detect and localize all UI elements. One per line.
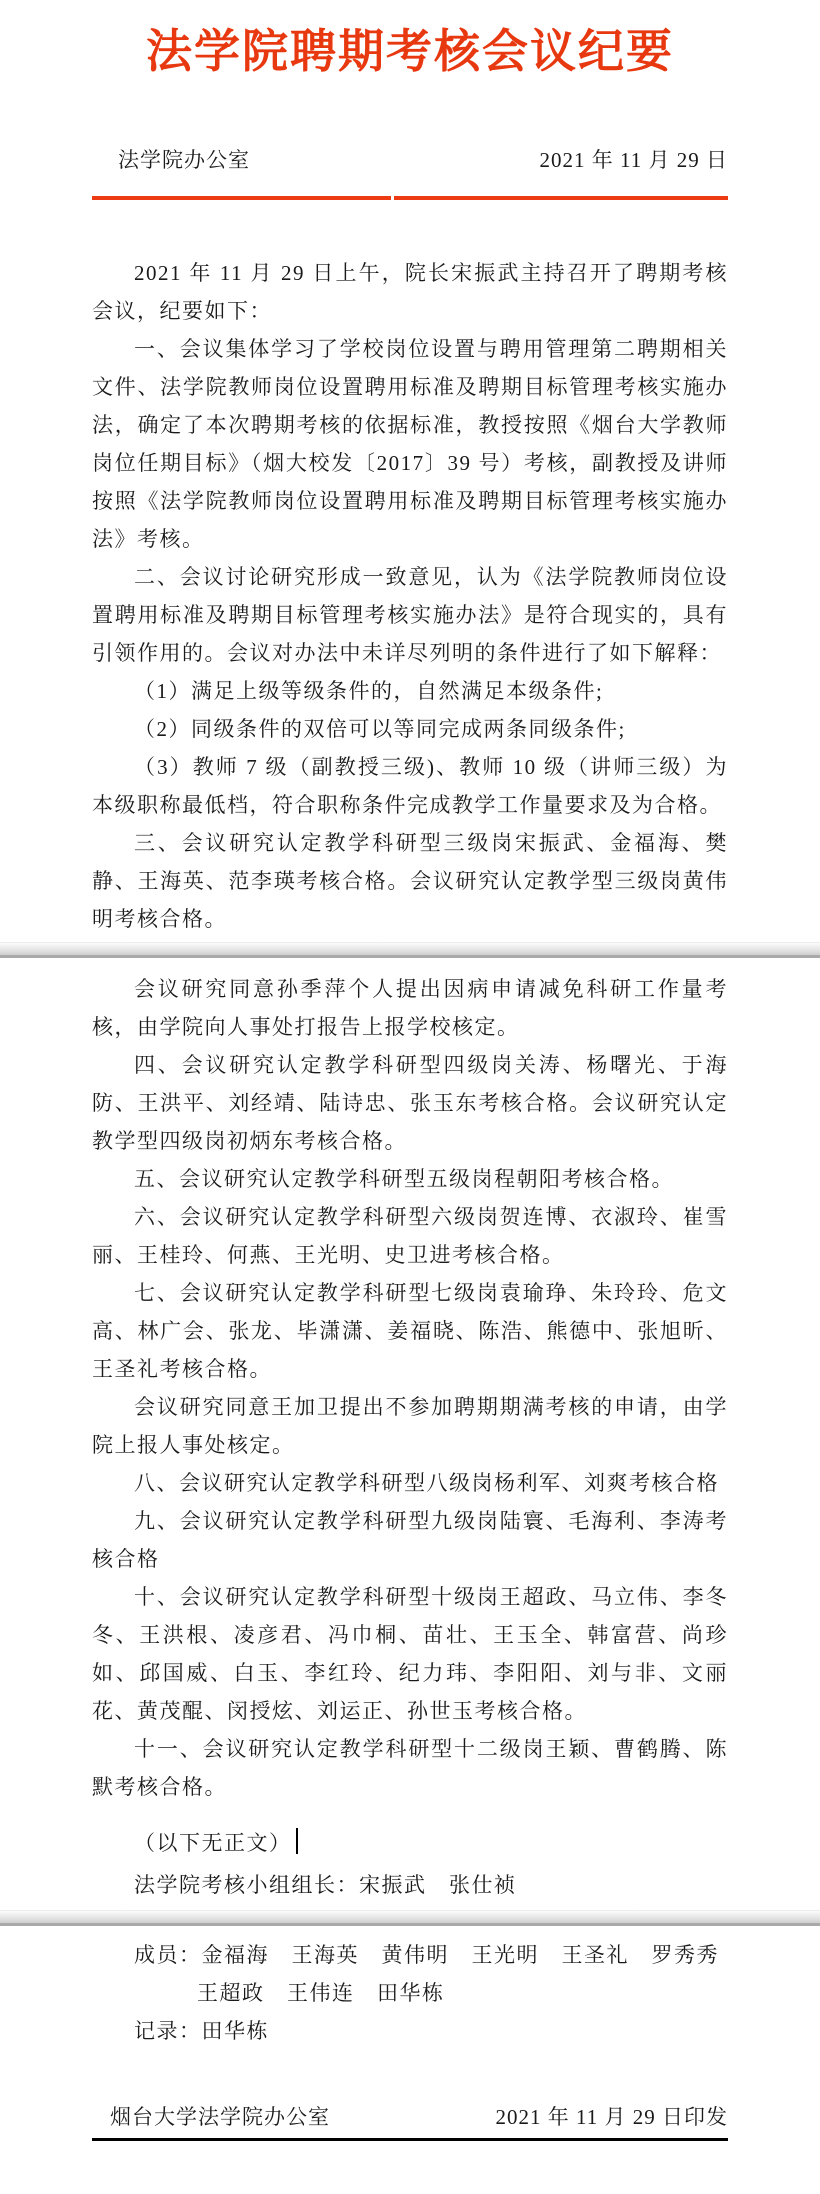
page-break: [0, 1910, 820, 1926]
no-more-text-label: （以下无正文）: [134, 1831, 292, 1855]
paragraph-item-4: 四、会议研究认定教学科研型四级岗关涛、杨曙光、于海防、王洪平、刘经靖、陆诗忠、张…: [92, 1046, 728, 1160]
paragraph-item-7: 七、会议研究认定教学科研型七级岗袁瑜琤、朱玲玲、危文高、林广会、张龙、毕潇潇、姜…: [92, 1274, 728, 1388]
members-line-1: 成员：金福海 王海英 黄伟明 王光明 王圣礼 罗秀秀: [92, 1936, 728, 1974]
no-more-text-note: （以下无正文）: [92, 1824, 728, 1862]
assessment-group-leaders: 法学院考核小组组长：宋振武 张仕祯: [92, 1866, 728, 1904]
paragraph-item-10: 十、会议研究认定教学科研型十级岗王超政、马立伟、李冬冬、王洪根、凌彦君、冯巾桐、…: [92, 1578, 728, 1730]
paragraph-item-2-sub1: （1）满足上级等级条件的，自然满足本级条件;: [92, 672, 728, 710]
recorder-line: 记录：田华栋: [92, 2012, 728, 2050]
paragraph-item-5: 五、会议研究认定教学科研型五级岗程朝阳考核合格。: [92, 1160, 728, 1198]
paragraph-item-1: 一、会议集体学习了学校岗位设置与聘用管理第二聘期相关文件、法学院教师岗位设置聘用…: [92, 330, 728, 558]
paragraph-item-8: 八、会议研究认定教学科研型八级岗杨利军、刘爽考核合格: [92, 1464, 728, 1502]
red-divider-rule: [92, 196, 728, 200]
footer-issuing-office: 烟台大学法学院办公室: [92, 2104, 330, 2130]
paragraph-wang-jiawei-request: 会议研究同意王加卫提出不参加聘期期满考核的申请，由学院上报人事处核定。: [92, 1388, 728, 1464]
paragraph-item-2-sub3: （3）教师 7 级（副教授三级)、教师 10 级（讲师三级）为本级职称最低档，符…: [92, 748, 728, 824]
paragraph-item-2: 二、会议讨论研究形成一致意见，认为《法学院教师岗位设置聘用标准及聘期目标管理考核…: [92, 558, 728, 672]
page-break: [0, 942, 820, 958]
paragraph-item-3: 三、会议研究认定教学科研型三级岗宋振武、金福海、樊静、王海英、范李瑛考核合格。会…: [92, 824, 728, 938]
document-title: 法学院聘期考核会议纪要: [92, 0, 728, 82]
document-footer: 烟台大学法学院办公室 2021 年 11 月 29 日印发: [92, 2104, 728, 2141]
paragraph-sun-jiping-exemption: 会议研究同意孙季萍个人提出因病申请减免科研工作量考核，由学院向人事处打报告上报学…: [92, 970, 728, 1046]
members-line-2: 王超政 王伟连 田华栋: [197, 1974, 728, 2012]
paragraph-item-11: 十一、会议研究认定教学科研型十二级岗王颖、曹鹤腾、陈默考核合格。: [92, 1730, 728, 1806]
paragraph-intro: 2021 年 11 月 29 日上午，院长宋振武主持召开了聘期考核会议，纪要如下…: [92, 254, 728, 330]
footer-issue-date: 2021 年 11 月 29 日印发: [496, 2104, 728, 2130]
document-header-row: 法学院办公室 2021 年 11 月 29 日: [92, 146, 728, 174]
issuing-office: 法学院办公室: [92, 146, 250, 174]
paragraph-item-9: 九、会议研究认定教学科研型九级岗陆寰、毛海利、李涛考核合格: [92, 1502, 728, 1578]
document-page: 法学院聘期考核会议纪要 法学院办公室 2021 年 11 月 29 日 2021…: [0, 0, 820, 2050]
paragraph-item-2-sub2: （2）同级条件的双倍可以等同完成两条同级条件;: [92, 710, 728, 748]
document-date: 2021 年 11 月 29 日: [540, 146, 728, 174]
text-cursor: [296, 1828, 298, 1854]
paragraph-item-6: 六、会议研究认定教学科研型六级岗贺连博、衣淑玲、崔雪丽、王桂玲、何燕、王光明、史…: [92, 1198, 728, 1274]
